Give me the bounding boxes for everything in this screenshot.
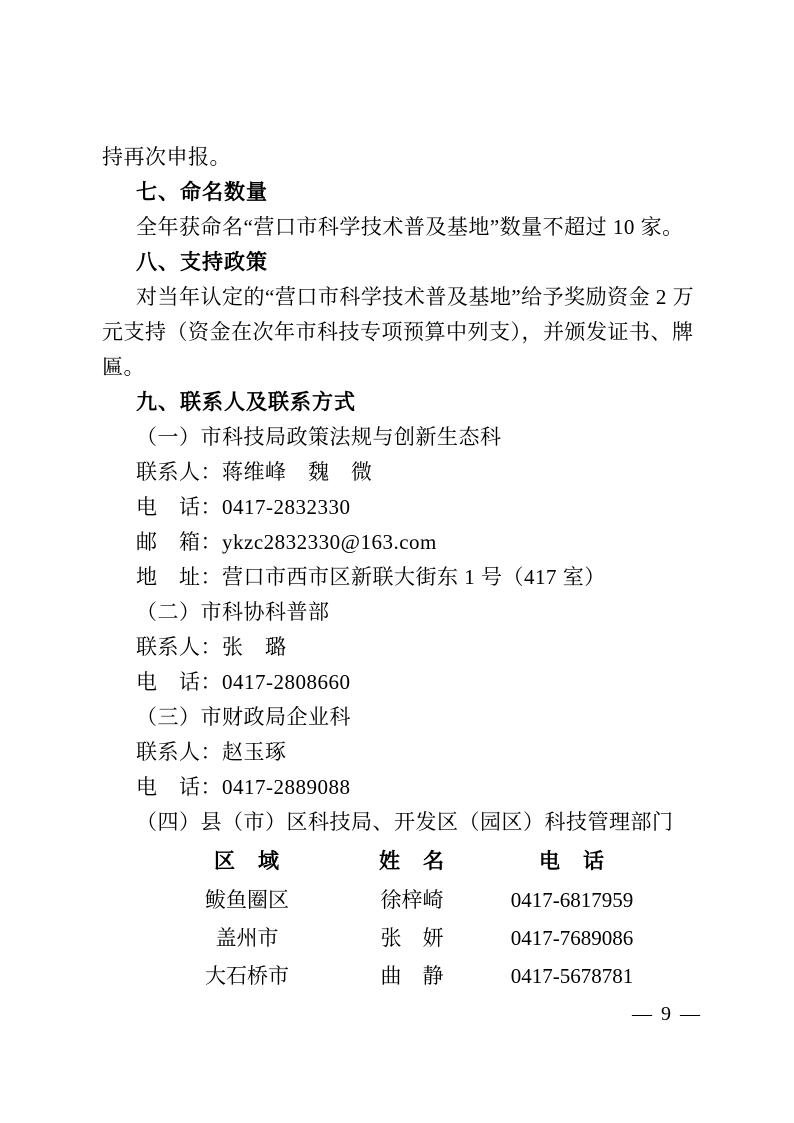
contact-group-4-title: （四）县（市）区科技局、开发区（园区）科技管理部门: [102, 805, 692, 840]
contact-person-line: 联系人：赵玉琢: [102, 735, 692, 770]
table-cell-phone: 0417-7689086: [487, 919, 657, 957]
table-cell-region: 大石桥市: [157, 957, 337, 995]
contact-table-header-row: 区 域 姓 名 电 话: [157, 843, 692, 881]
contact-table: 区 域 姓 名 电 话 鲅鱼圈区 徐梓崎 0417-6817959 盖州市 张 …: [157, 843, 692, 995]
table-row: 鲅鱼圈区 徐梓崎 0417-6817959: [157, 881, 692, 919]
table-row: 盖州市 张 妍 0417-7689086: [157, 919, 692, 957]
contact-group-1-title: （一）市科技局政策法规与创新生态科: [102, 420, 692, 455]
table-cell-region: 鲅鱼圈区: [157, 881, 337, 919]
table-cell-phone: 0417-5678781: [487, 957, 657, 995]
contact-phone-line: 电 话：0417-2889088: [102, 770, 692, 805]
contact-email-line: 邮 箱：ykzc2832330@163.com: [102, 525, 692, 560]
table-cell-region: 盖州市: [157, 919, 337, 957]
table-cell-phone: 0417-6817959: [487, 881, 657, 919]
table-cell-name: 徐梓崎: [337, 881, 487, 919]
section-8-body-line: 匾。: [102, 350, 692, 385]
table-header-name: 姓 名: [337, 843, 487, 881]
contact-address-line: 地 址：营口市西市区新联大街东 1 号（417 室）: [102, 560, 692, 595]
contact-person-line: 联系人：蒋维峰 魏 微: [102, 455, 692, 490]
section-8-body-line: 对当年认定的“营口市科学技术普及基地”给予奖励资金 2 万: [102, 280, 692, 315]
section-9-heading: 九、联系人及联系方式: [102, 385, 692, 420]
document-body: 持再次申报。 七、命名数量 全年获命名“营口市科学技术普及基地”数量不超过 10…: [102, 140, 692, 995]
contact-phone-line: 电 话：0417-2808660: [102, 665, 692, 700]
table-cell-name: 曲 静: [337, 957, 487, 995]
table-header-region: 区 域: [157, 843, 337, 881]
contact-group-3-title: （三）市财政局企业科: [102, 700, 692, 735]
section-7-heading: 七、命名数量: [102, 175, 692, 210]
document-page: 持再次申报。 七、命名数量 全年获命名“营口市科学技术普及基地”数量不超过 10…: [0, 0, 794, 1123]
page-number: — 9 —: [632, 1003, 702, 1026]
contact-group-2-title: （二）市科协科普部: [102, 595, 692, 630]
paragraph-continuation-line: 持再次申报。: [102, 140, 692, 175]
section-8-heading: 八、支持政策: [102, 245, 692, 280]
table-cell-name: 张 妍: [337, 919, 487, 957]
table-header-phone: 电 话: [487, 843, 657, 881]
contact-person-line: 联系人：张 璐: [102, 630, 692, 665]
contact-phone-line: 电 话：0417-2832330: [102, 490, 692, 525]
table-row: 大石桥市 曲 静 0417-5678781: [157, 957, 692, 995]
section-7-body-line: 全年获命名“营口市科学技术普及基地”数量不超过 10 家。: [102, 210, 692, 245]
section-8-body-line: 元支持（资金在次年市科技专项预算中列支），并颁发证书、牌: [102, 315, 692, 350]
